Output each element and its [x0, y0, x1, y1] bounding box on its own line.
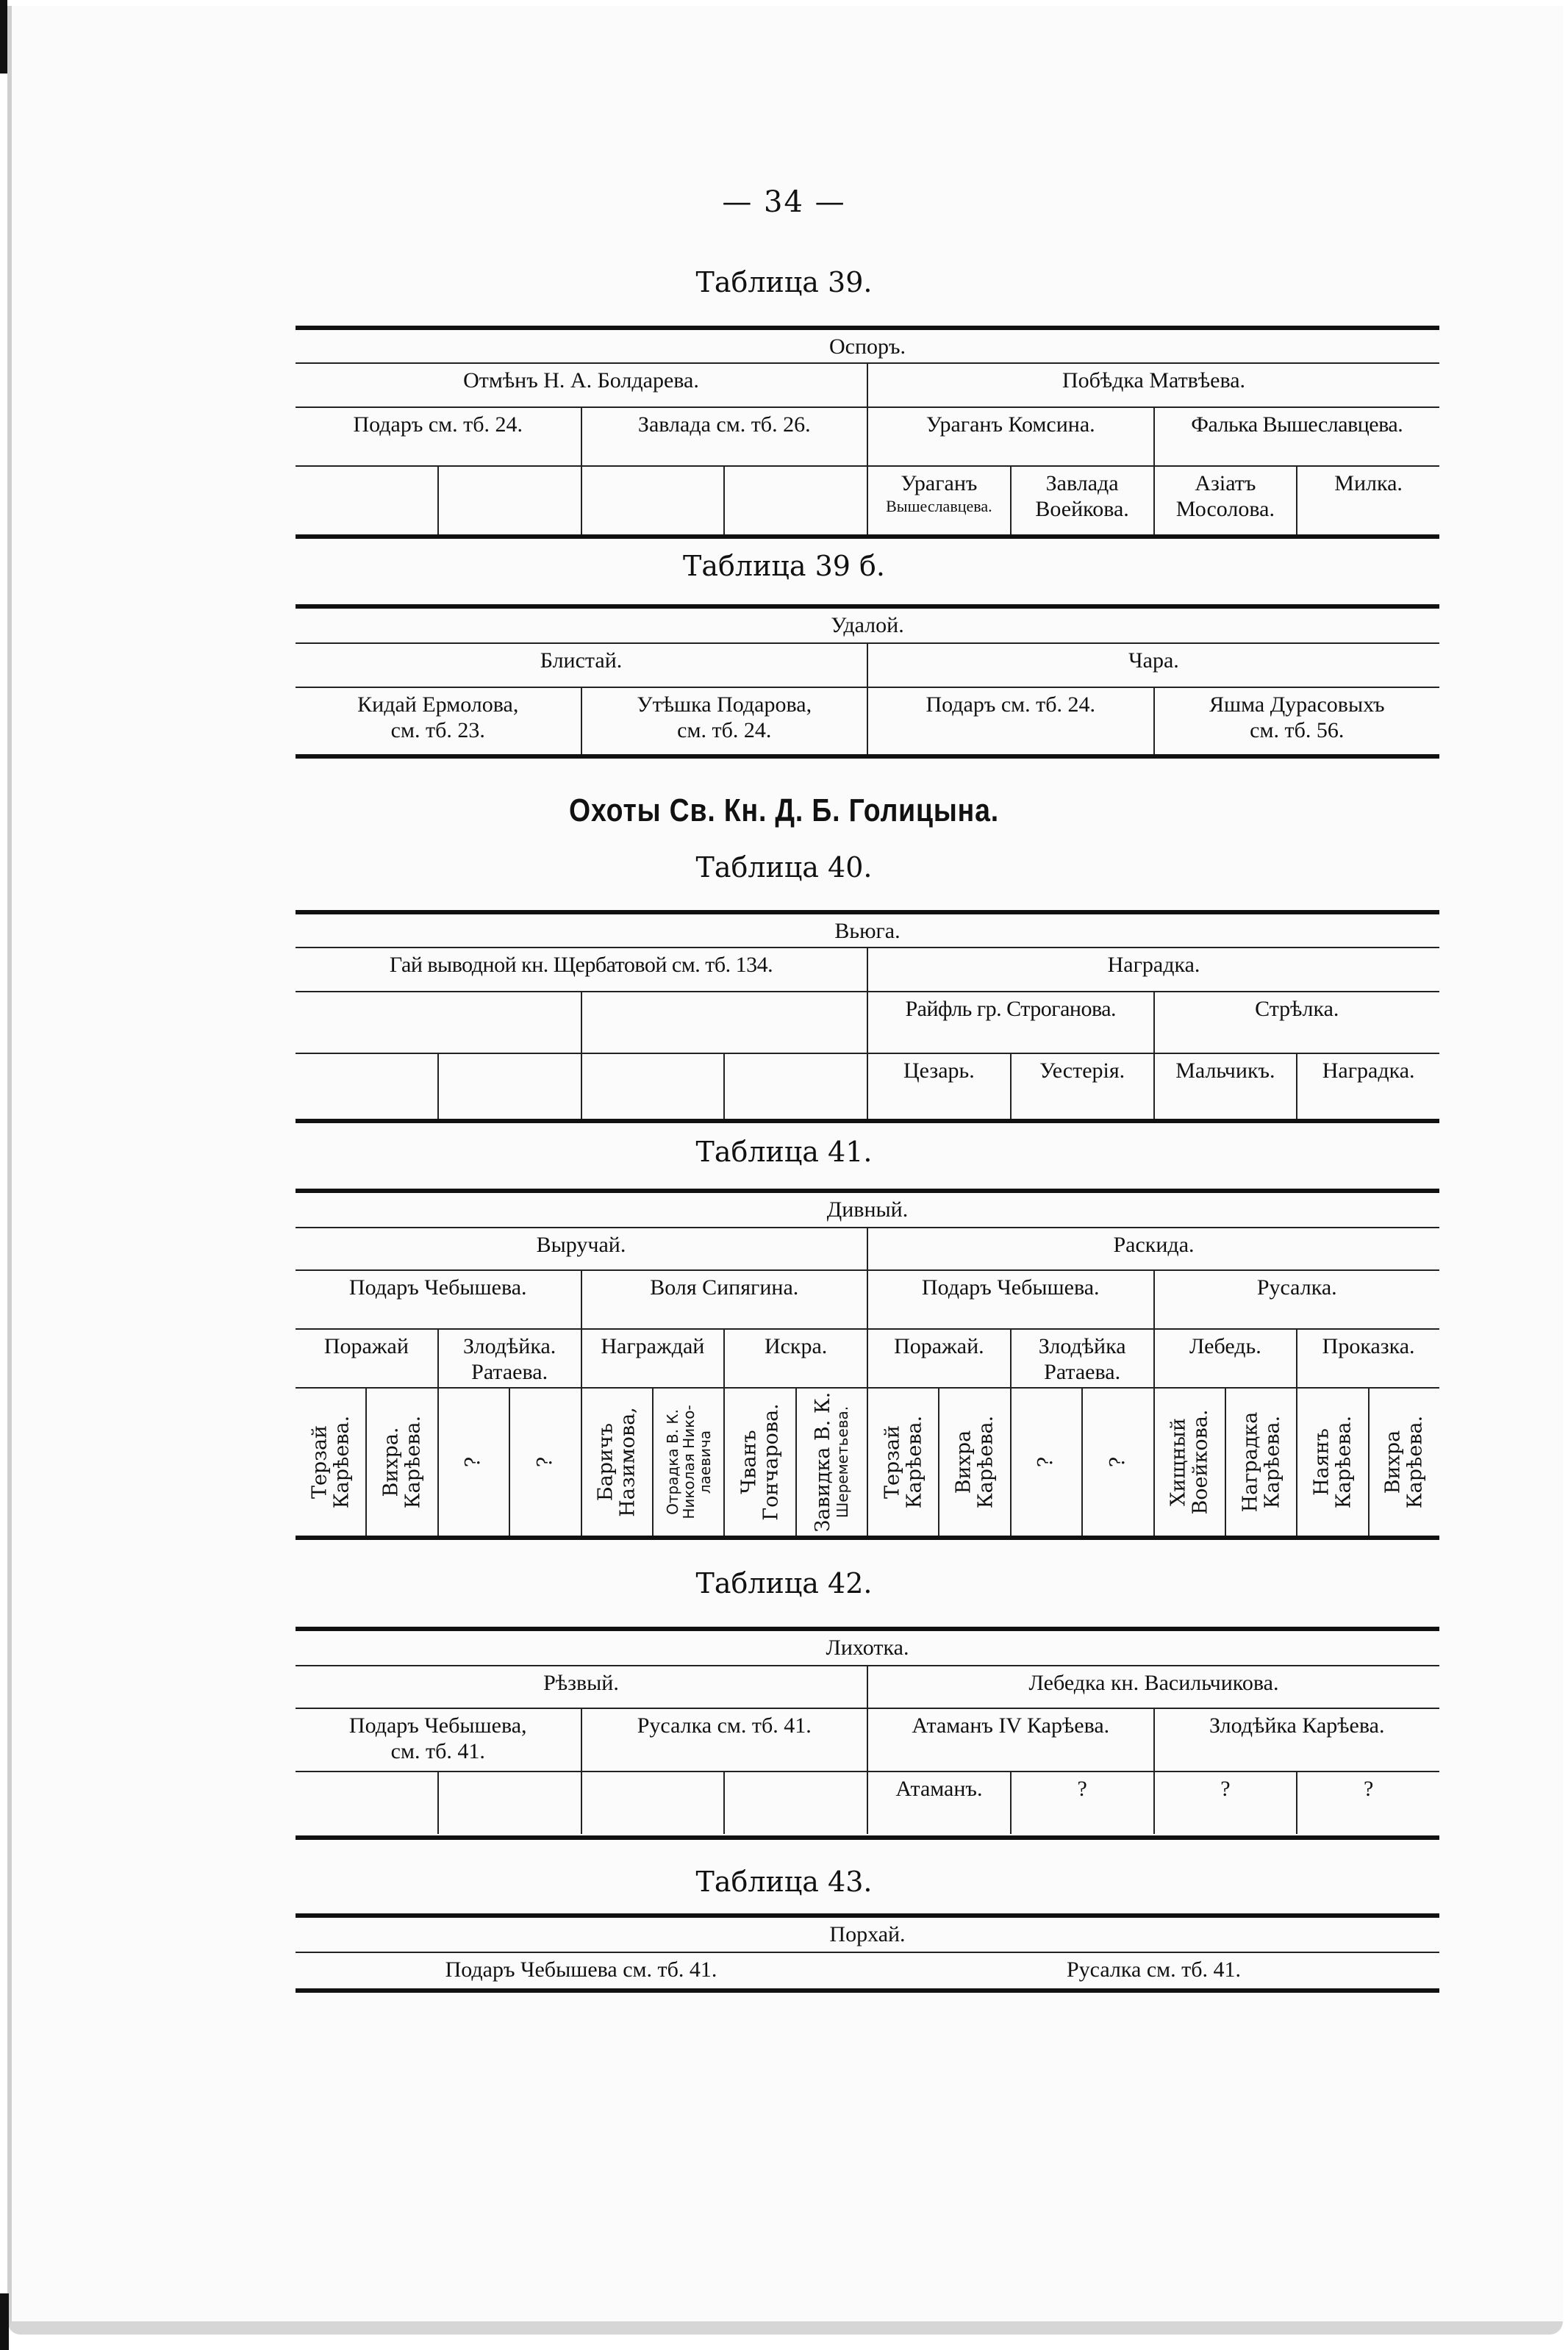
table-40-title: Таблица 40.	[0, 851, 1568, 884]
pedigree-table-41: Дивный. Выручай. Раскида. Подаръ Чебышев…	[296, 1189, 1439, 1540]
name-line: Чванъ	[738, 1403, 760, 1521]
owner-line: лаевича	[697, 1405, 713, 1519]
grandparent: Яшма Дурасовыхъсм. тб. 56.	[1153, 688, 1440, 754]
grandparent: Подаръ Чебышева.	[867, 1271, 1153, 1328]
owner-line: Карѣева.	[402, 1416, 424, 1508]
table-43-title: Таблица 43.	[0, 1866, 1568, 1898]
root-name: Вьюга.	[296, 914, 1439, 947]
great-grandparent: Поражай	[296, 1330, 437, 1387]
rotated-generation-row: ТерзайКарѣева. Вихра.Карѣева. ? ? Баричъ…	[296, 1387, 1439, 1536]
gg-grandparent: ТерзайКарѣева.	[296, 1389, 365, 1536]
owner-line: Карѣева.	[1404, 1416, 1426, 1508]
grandparent: Кидай Ермолова,см. тб. 23.	[296, 688, 581, 754]
great-grandparent	[723, 1054, 867, 1119]
great-grandparent	[581, 1772, 724, 1834]
grandparent: Злодѣйка Карѣева.	[1153, 1709, 1440, 1771]
name-line: Вихра	[1383, 1416, 1405, 1508]
owner-line: Воейкова.	[1189, 1409, 1211, 1514]
name-line: Завидка В. К.	[812, 1392, 834, 1533]
grandparent: Райфль гр. Строганова.	[867, 992, 1153, 1053]
great-grandparent	[723, 467, 867, 534]
owner-line: Карѣева.	[1333, 1416, 1355, 1508]
great-grandparent: Ураганъ Вышеславцева.	[867, 467, 1010, 534]
grandparent: Утѣшка Подарова,см. тб. 24.	[581, 688, 867, 754]
name-line: Подаръ см. тб. 24.	[926, 692, 1095, 717]
name-line: ?	[463, 1457, 485, 1467]
gg-grandparent: ?	[1010, 1389, 1081, 1536]
great-grandparent: Цезарь.	[867, 1054, 1010, 1119]
great-grandparent: Искра.	[723, 1330, 867, 1387]
ref-line: см. тб. 56.	[1158, 718, 1437, 744]
sire: Гай выводной кн. Щербатовой см. тб. 134.	[296, 948, 867, 991]
grandparent	[296, 992, 581, 1053]
great-grandparent	[437, 1772, 581, 1834]
pedigree-table-39b: Удалой. Блистай. Чара. Кидай Ермолова,см…	[296, 604, 1439, 759]
great-grandparent: Азіатъ Мосолова.	[1153, 467, 1297, 534]
scan-edge-shadow	[0, 2293, 9, 2350]
grandparent: Русалка см. тб. 41.	[581, 1709, 867, 1771]
name-line: Поражай	[324, 1334, 409, 1358]
dam: Лебедка кн. Васильчикова.	[867, 1666, 1439, 1708]
name-line: ?	[1107, 1457, 1129, 1467]
ref-line: см. тб. 41.	[298, 1739, 578, 1765]
name-line: Русалка см. тб. 41.	[637, 1713, 812, 1738]
owner-line: Назимова,	[617, 1407, 639, 1517]
name-line: ?	[534, 1457, 556, 1467]
name-line: Злодѣйка	[1039, 1334, 1126, 1358]
dam: Русалка см. тб. 41.	[867, 1953, 1439, 1988]
name-line: Вихра	[953, 1416, 975, 1508]
great-grandparent: Злодѣйка.Ратаева.	[437, 1330, 581, 1387]
great-grandparent	[723, 1772, 867, 1834]
gg-grandparent: ТерзайКарѣева.	[867, 1389, 938, 1536]
name-line: ?	[1036, 1457, 1058, 1467]
grandparent: Атаманъ IV Карѣева.	[867, 1709, 1153, 1771]
owner-line: Николая Нико-	[681, 1405, 697, 1519]
gg-grandparent: ВихраКарѣева.	[1368, 1389, 1439, 1536]
great-grandparent: Проказка.	[1296, 1330, 1439, 1387]
dam: Чара.	[867, 644, 1439, 687]
dam: Раскида.	[867, 1228, 1439, 1269]
great-grandparent: Атаманъ.	[867, 1772, 1010, 1834]
great-grandparent: Награждай	[581, 1330, 724, 1387]
great-grandparent: ?	[1010, 1772, 1153, 1834]
gg-grandparent: ЧванъГончарова.	[723, 1389, 795, 1536]
gg-grandparent: Завидка В. К.Шереметьева.	[795, 1389, 867, 1536]
name-line: Наградка	[1239, 1412, 1261, 1513]
name-line: Атаманъ IV Карѣева.	[912, 1713, 1109, 1738]
great-grandparent: Милка.	[1296, 467, 1439, 534]
great-grandparent: Мальчикъ.	[1153, 1054, 1297, 1119]
root-name: Оспоръ.	[296, 330, 1439, 362]
owner-line: Карѣева.	[903, 1416, 926, 1508]
gg-grandparent: ?	[1081, 1389, 1153, 1536]
great-grandparent	[581, 467, 724, 534]
page-number: — 34 —	[0, 185, 1568, 219]
gg-grandparent: Вихра.Карѣева.	[365, 1389, 437, 1536]
owner-line: Шереметьева.	[834, 1392, 851, 1533]
owner-line: Ратаева.	[442, 1360, 578, 1386]
gg-grandparent: НаянъКарѣева.	[1296, 1389, 1367, 1536]
root-name: Порхай.	[296, 1918, 1439, 1952]
ref-line: см. тб. 24.	[585, 718, 864, 744]
great-grandparent: Завлада Воейкова.	[1010, 467, 1153, 534]
grandparent: Подаръ см. тб. 24.	[296, 408, 581, 465]
gg-grandparent: Отрадка В. К.Николая Нико-лаевича	[652, 1389, 723, 1536]
great-grandparent	[437, 1054, 581, 1119]
name-line: Злодѣйка Карѣева.	[1209, 1713, 1384, 1738]
grandparent: Подаръ Чебышева.	[296, 1271, 581, 1328]
gg-grandparent: ХищныйВоейкова.	[1153, 1389, 1225, 1536]
name-line: Баричъ	[595, 1407, 617, 1517]
grandparent: Завлада см. тб. 26.	[581, 408, 867, 465]
gg-grandparent: БаричъНазимова,	[581, 1389, 652, 1536]
gg-grandparent: ?	[509, 1389, 580, 1536]
name-line: Злодѣйка.	[463, 1334, 556, 1358]
sire: Рѣзвый.	[296, 1666, 867, 1708]
gg-grandparent: НаградкаКарѣева.	[1225, 1389, 1296, 1536]
name-line: Терзай	[309, 1416, 331, 1508]
name-line: Подаръ Чебышева,	[349, 1713, 527, 1738]
root-name: Лихотка.	[296, 1631, 1439, 1665]
table-42-title: Таблица 42.	[0, 1567, 1568, 1599]
gg-name: Ураганъ	[901, 471, 977, 495]
name-line: Вихра.	[380, 1416, 402, 1508]
owner-line: Гончарова.	[760, 1403, 782, 1521]
pedigree-table-43: Порхай. Подаръ Чебышева см. тб. 41. Руса…	[296, 1913, 1439, 1993]
name-line: Наянъ	[1311, 1416, 1333, 1508]
pedigree-table-39: Оспоръ. Отмѣнъ Н. А. Болдарева. Побѣдка …	[296, 326, 1439, 539]
gg-grandparent: ВихраКарѣева.	[938, 1389, 1009, 1536]
sire: Отмѣнъ Н. А. Болдарева.	[296, 364, 867, 406]
table-39b-title: Таблица 39 б.	[0, 550, 1568, 582]
root-name: Удалой.	[296, 609, 1439, 642]
grandparent: Стрѣлка.	[1153, 992, 1440, 1053]
name-line: Лебедь.	[1189, 1334, 1261, 1358]
gg-grandparent: ?	[437, 1389, 509, 1536]
sire: Блистай.	[296, 644, 867, 687]
name-line: Терзай	[881, 1416, 903, 1508]
great-grandparent	[296, 1054, 437, 1119]
sire: Выручай.	[296, 1228, 867, 1269]
section-heading: Охоты Св. Кн. Д. Б. Голицына.	[118, 792, 1450, 829]
great-grandparent	[296, 467, 437, 534]
name-line: Кидай Ермолова,	[357, 692, 518, 717]
owner-line: Карѣева.	[975, 1416, 997, 1508]
name-line: Награждай	[601, 1334, 704, 1358]
grandparent: Фалька Вышеславцева.	[1153, 408, 1440, 465]
name-line: Утѣшка Подарова,	[637, 692, 812, 717]
name-line: Яшма Дурасовыхъ	[1209, 692, 1385, 717]
great-grandparent: Поражай.	[867, 1330, 1010, 1387]
owner-line: Карѣева.	[1261, 1412, 1284, 1513]
grandparent: Воля Сипягина.	[581, 1271, 867, 1328]
name-line: Поражай.	[894, 1334, 984, 1358]
dam: Наградка.	[867, 948, 1439, 991]
pedigree-table-40: Вьюга. Гай выводной кн. Щербатовой см. т…	[296, 910, 1439, 1123]
gg-owner: Вышеславцева.	[871, 497, 1007, 515]
pedigree-table-42: Лихотка. Рѣзвый. Лебедка кн. Васильчиков…	[296, 1627, 1439, 1840]
grandparent: Подаръ Чебышева,см. тб. 41.	[296, 1709, 581, 1771]
table-39-title: Таблица 39.	[0, 266, 1568, 298]
table-41-title: Таблица 41.	[0, 1136, 1568, 1168]
root-name: Дивный.	[296, 1193, 1439, 1227]
sire: Подаръ Чебышева см. тб. 41.	[296, 1953, 867, 1988]
great-grandparent: Уестерія.	[1010, 1054, 1153, 1119]
great-grandparent	[581, 1054, 724, 1119]
name-line: Искра.	[765, 1334, 827, 1358]
great-grandparent: ЗлодѣйкаРатаева.	[1010, 1330, 1153, 1387]
great-grandparent: ?	[1296, 1772, 1439, 1834]
owner-line: Ратаева.	[1014, 1360, 1150, 1386]
grandparent: Подаръ см. тб. 24.	[867, 688, 1153, 754]
great-grandparent: ?	[1153, 1772, 1297, 1834]
ref-line: см. тб. 23.	[298, 718, 578, 744]
grandparent: Русалка.	[1153, 1271, 1440, 1328]
dam: Побѣдка Матвѣева.	[867, 364, 1439, 406]
name-line: Хищный	[1168, 1409, 1190, 1514]
great-grandparent: Наградка.	[1296, 1054, 1439, 1119]
name-line: Отрадка В. К.	[665, 1405, 681, 1519]
owner-line: Карѣева.	[331, 1416, 353, 1508]
great-grandparent	[296, 1772, 437, 1834]
scan-edge-shadow	[0, 0, 7, 74]
name-line: Проказка.	[1322, 1334, 1415, 1358]
grandparent	[581, 992, 867, 1053]
great-grandparent	[437, 467, 581, 534]
grandparent: Ураганъ Комсина.	[867, 408, 1153, 465]
great-grandparent: Лебедь.	[1153, 1330, 1297, 1387]
